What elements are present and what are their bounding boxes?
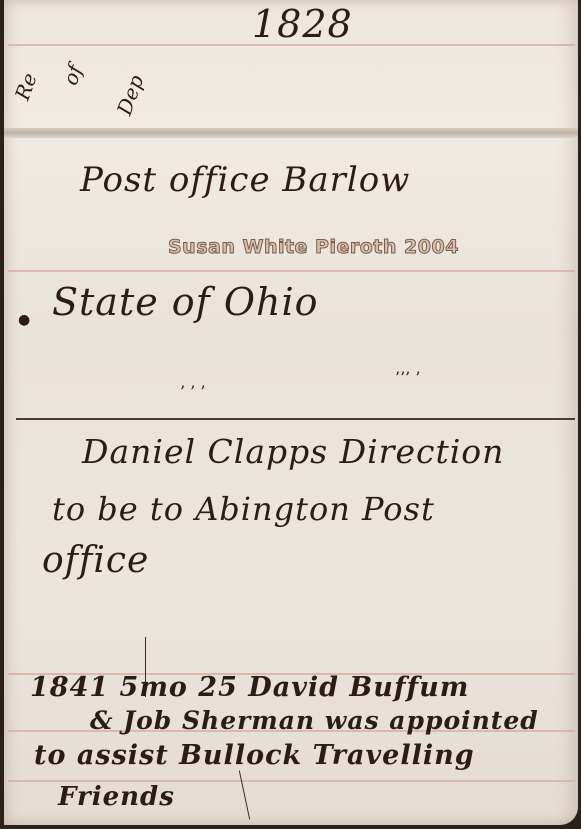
entry-record-line1: 1841 5mo 25 David Buffum xyxy=(30,672,469,703)
ink-marks: ’ ’ ’ xyxy=(180,382,205,401)
entry-post-office: Post office Barlow xyxy=(80,160,410,200)
entry-record-line4: Friends xyxy=(58,782,175,812)
entry-directions-line3: office xyxy=(42,540,149,581)
ruled-line xyxy=(8,270,575,272)
entry-directions-line1: Daniel Clapps Direction xyxy=(82,432,504,471)
page-fold xyxy=(4,128,578,138)
entry-record-line3: to assist Bullock Travelling xyxy=(34,740,475,771)
entry-state: State of Ohio xyxy=(52,280,318,324)
header-year: 1828 xyxy=(252,2,353,46)
copyright-watermark: Susan White Pieroth 2004 xyxy=(168,236,459,258)
ink-marks: ’’’ ’ xyxy=(395,368,420,387)
ink-dot: ● xyxy=(18,312,30,328)
ink-divider-line xyxy=(16,418,575,420)
entry-record-line2: & Job Sherman was appointed xyxy=(90,706,539,735)
entry-directions-line2: to be to Abington Post xyxy=(52,490,435,528)
